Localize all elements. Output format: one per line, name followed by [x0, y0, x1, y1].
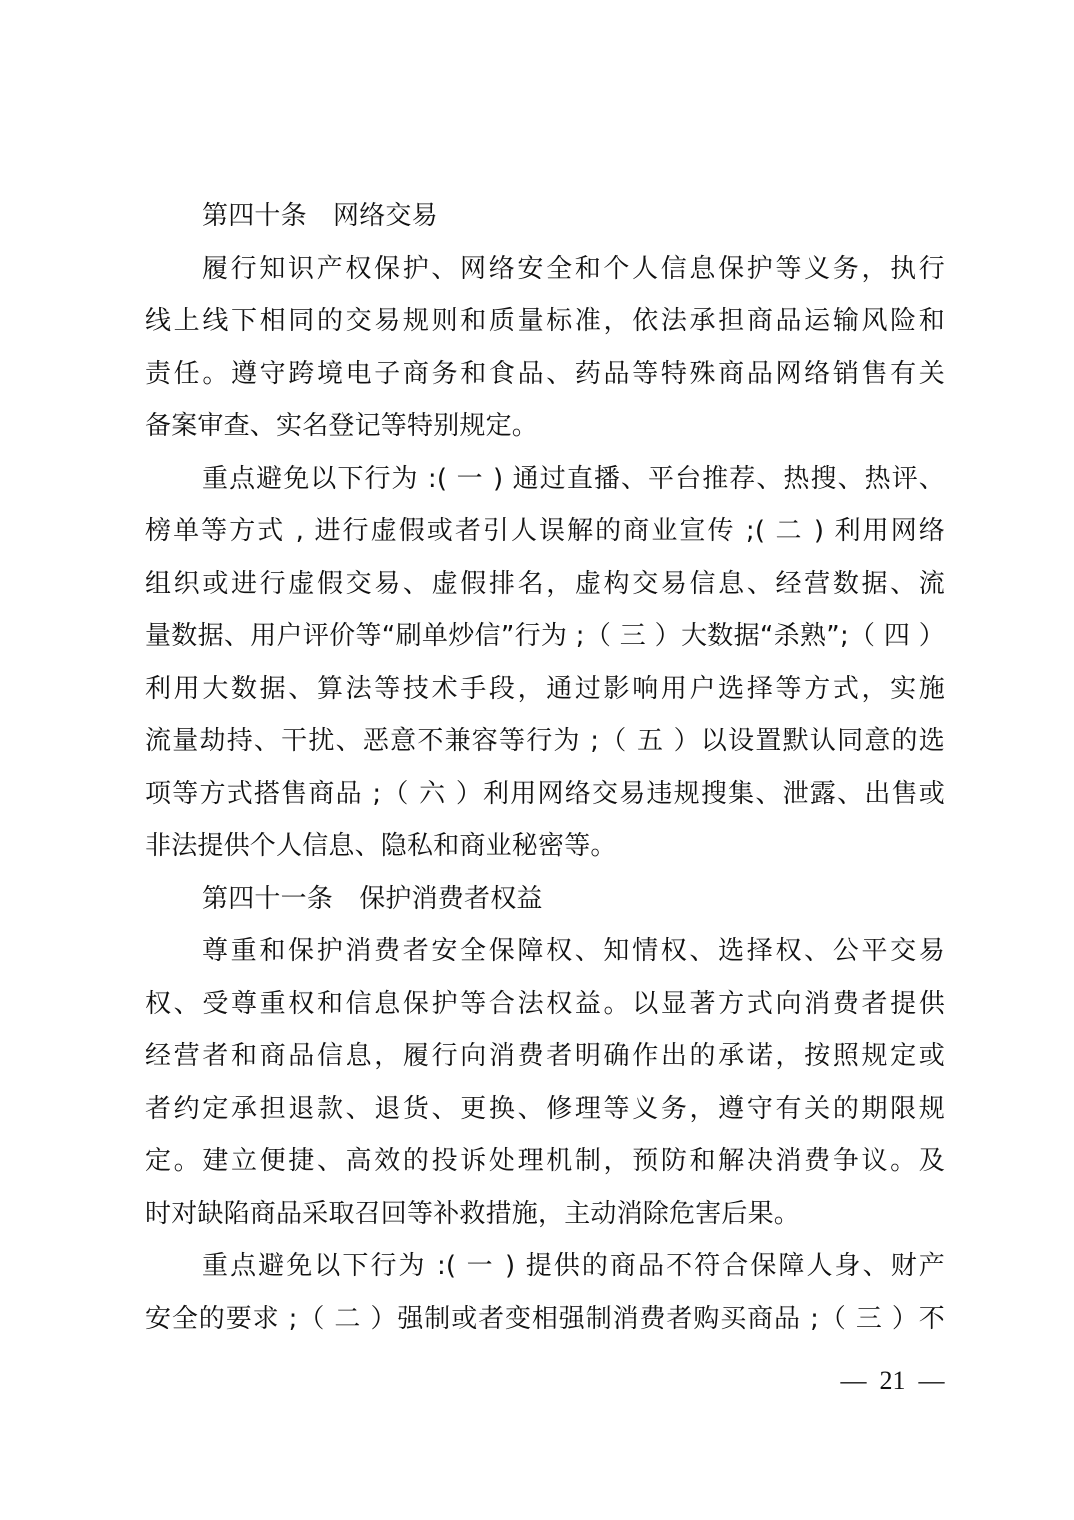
paragraph-line: 重点避免以下行为 :( 一 ) 提供的商品不符合保障人身、财产 — [145, 1240, 945, 1293]
document-page: 第四十条 网络交易 履行知识产权保护、网络安全和个人信息保护等义务，执行 线上线… — [145, 190, 945, 1345]
page-number: — 21 — — [840, 1366, 945, 1396]
paragraph-line: 项等方式搭售商品 ;（ 六 ）利用网络交易违规搜集、泄露、出售或 — [145, 768, 945, 821]
paragraph-line: 榜单等方式 , 进行虚假或者引人误解的商业宣传 ;( 二 ) 利用网络 — [145, 505, 945, 558]
section-heading: 第四十条 网络交易 — [145, 190, 945, 243]
paragraph-line: 履行知识产权保护、网络安全和个人信息保护等义务，执行 — [145, 243, 945, 296]
paragraph-line: 定。建立便捷、高效的投诉处理机制，预防和解决消费争议。及 — [145, 1135, 945, 1188]
paragraph-line: 重点避免以下行为 :( 一 ) 通过直播、平台推荐、热搜、热评、 — [145, 453, 945, 506]
paragraph-line: 尊重和保护消费者安全保障权、知情权、选择权、公平交易 — [145, 925, 945, 978]
paragraph-line: 备案审查、实名登记等特别规定。 — [145, 400, 945, 453]
paragraph-line: 量数据、用户评价等“刷单炒信”行为 ;（ 三 ）大数据“杀熟”;（ 四 ） — [145, 610, 945, 663]
paragraph-line: 非法提供个人信息、隐私和商业秘密等。 — [145, 820, 945, 873]
paragraph-line: 经营者和商品信息，履行向消费者明确作出的承诺，按照规定或 — [145, 1030, 945, 1083]
paragraph-line: 安全的要求 ;（ 二 ）强制或者变相强制消费者购买商品 ;（ 三 ）不 — [145, 1293, 945, 1346]
paragraph-line: 者约定承担退款、退货、更换、修理等义务，遵守有关的期限规 — [145, 1083, 945, 1136]
section-heading: 第四十一条 保护消费者权益 — [145, 873, 945, 926]
paragraph-line: 利用大数据、算法等技术手段，通过影响用户选择等方式，实施 — [145, 663, 945, 716]
paragraph-line: 流量劫持、干扰、恶意不兼容等行为 ;（ 五 ）以设置默认同意的选 — [145, 715, 945, 768]
paragraph-line: 组织或进行虚假交易、虚假排名，虚构交易信息、经营数据、流 — [145, 558, 945, 611]
paragraph-line: 权、受尊重权和信息保护等合法权益。以显著方式向消费者提供 — [145, 978, 945, 1031]
paragraph-line: 责任。遵守跨境电子商务和食品、药品等特殊商品网络销售有关 — [145, 348, 945, 401]
paragraph-line: 时对缺陷商品采取召回等补救措施，主动消除危害后果。 — [145, 1188, 945, 1241]
paragraph-line: 线上线下相同的交易规则和质量标准，依法承担商品运输风险和 — [145, 295, 945, 348]
